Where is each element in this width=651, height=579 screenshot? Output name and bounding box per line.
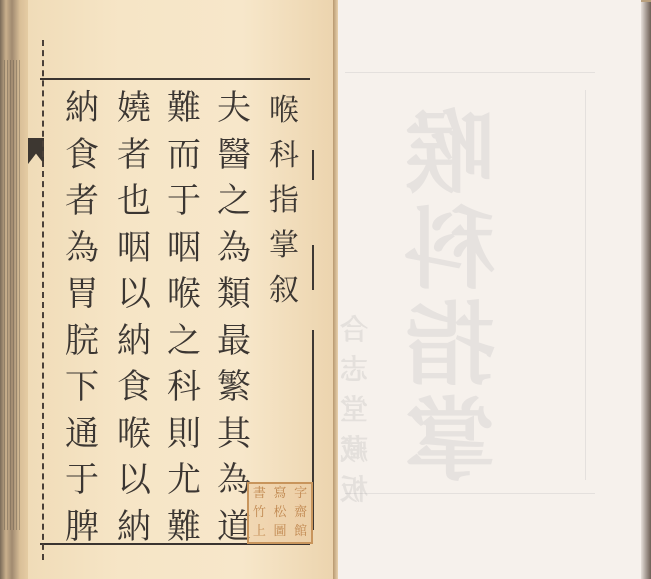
text-column-2: 難 而 于 咽 喉 之 科 則 尤 難 bbox=[162, 85, 206, 550]
ghost-glyph: 喉 bbox=[405, 105, 495, 201]
ghost-glyph: 合 bbox=[340, 310, 368, 350]
glyph: 叙 bbox=[269, 268, 299, 313]
glyph: 其 bbox=[217, 411, 251, 458]
ghost-glyph: 堂 bbox=[340, 390, 368, 430]
ghost-glyph: 科 bbox=[405, 201, 495, 297]
spine-texture bbox=[4, 60, 22, 530]
glyph: 通 bbox=[65, 411, 99, 458]
ghost-frame-top bbox=[345, 72, 595, 73]
text-column-3: 嬈 者 也 咽 以 納 食 喉 以 納 bbox=[112, 85, 156, 550]
glyph: 之 bbox=[217, 178, 251, 225]
glyph: 胃 bbox=[65, 271, 99, 318]
seal-glyph: 上 bbox=[249, 525, 270, 539]
glyph: 脘 bbox=[65, 318, 99, 365]
glyph: 之 bbox=[167, 318, 201, 365]
ghost-frame-right bbox=[585, 90, 586, 480]
seal-glyph: 齋 bbox=[290, 506, 311, 520]
glyph: 咽 bbox=[117, 225, 151, 272]
show-through-title: 喉 科 指 掌 bbox=[395, 105, 505, 489]
glyph: 喉 bbox=[269, 88, 299, 133]
column-rule bbox=[312, 150, 314, 180]
seal-glyph: 寫 bbox=[270, 487, 291, 501]
glyph: 于 bbox=[65, 457, 99, 504]
seal-glyph: 字 bbox=[290, 487, 311, 501]
glyph: 為 bbox=[217, 225, 251, 272]
ghost-glyph: 掌 bbox=[405, 393, 495, 489]
glyph: 掌 bbox=[269, 223, 299, 268]
glyph: 科 bbox=[167, 364, 201, 411]
glyph: 下 bbox=[65, 364, 99, 411]
glyph: 最 bbox=[217, 318, 251, 365]
glyph: 為 bbox=[217, 457, 251, 504]
glyph: 難 bbox=[167, 504, 201, 551]
book-spread: 喉 科 指 掌 叙 夫 醫 之 為 類 最 繁 其 為 道 難 而 于 咽 喉 … bbox=[0, 0, 651, 579]
glyph: 則 bbox=[167, 411, 201, 458]
title-column: 喉 科 指 掌 叙 bbox=[262, 88, 306, 313]
glyph: 科 bbox=[269, 133, 299, 178]
glyph: 醫 bbox=[217, 132, 251, 179]
seal-glyph: 書 bbox=[249, 487, 270, 501]
seal-glyph: 圖 bbox=[270, 525, 291, 539]
glyph: 也 bbox=[117, 178, 151, 225]
glyph: 咽 bbox=[167, 225, 201, 272]
glyph: 者 bbox=[117, 132, 151, 179]
glyph: 難 bbox=[167, 85, 201, 132]
glyph: 喉 bbox=[117, 411, 151, 458]
seal-glyph: 松 bbox=[270, 506, 291, 520]
glyph: 尤 bbox=[167, 457, 201, 504]
seal-glyph: 竹 bbox=[249, 506, 270, 520]
glyph: 以 bbox=[117, 457, 151, 504]
glyph: 脾 bbox=[65, 504, 99, 551]
glyph: 而 bbox=[167, 132, 201, 179]
page-stack-edge bbox=[641, 2, 651, 579]
ghost-glyph: 板 bbox=[340, 470, 368, 510]
glyph: 嬈 bbox=[117, 85, 151, 132]
glyph: 喉 bbox=[167, 271, 201, 318]
frame-left-line bbox=[42, 40, 45, 560]
column-rule bbox=[312, 245, 314, 290]
show-through-publisher: 合 志 堂 藏 板 bbox=[340, 310, 368, 510]
glyph: 納 bbox=[65, 85, 99, 132]
ghost-glyph: 志 bbox=[340, 350, 368, 390]
ghost-glyph: 指 bbox=[405, 297, 495, 393]
text-column-4: 納 食 者 為 胃 脘 下 通 于 脾 bbox=[60, 85, 104, 550]
glyph: 食 bbox=[117, 364, 151, 411]
glyph: 納 bbox=[117, 504, 151, 551]
frame-top-line bbox=[40, 78, 310, 80]
glyph: 為 bbox=[65, 225, 99, 272]
glyph: 夫 bbox=[217, 85, 251, 132]
seal-glyph: 館 bbox=[290, 525, 311, 539]
collector-seal: 書 寫 字 竹 松 齋 上 圖 館 bbox=[247, 482, 313, 544]
book-spine bbox=[0, 0, 30, 579]
ghost-glyph: 藏 bbox=[340, 430, 368, 470]
glyph: 于 bbox=[167, 178, 201, 225]
glyph: 者 bbox=[65, 178, 99, 225]
glyph: 以 bbox=[117, 271, 151, 318]
glyph: 納 bbox=[117, 318, 151, 365]
glyph: 食 bbox=[65, 132, 99, 179]
glyph: 繁 bbox=[217, 364, 251, 411]
glyph: 道 bbox=[217, 504, 251, 551]
text-column-1: 夫 醫 之 為 類 最 繁 其 為 道 bbox=[212, 85, 256, 550]
glyph: 類 bbox=[217, 271, 251, 318]
glyph: 指 bbox=[269, 178, 299, 223]
